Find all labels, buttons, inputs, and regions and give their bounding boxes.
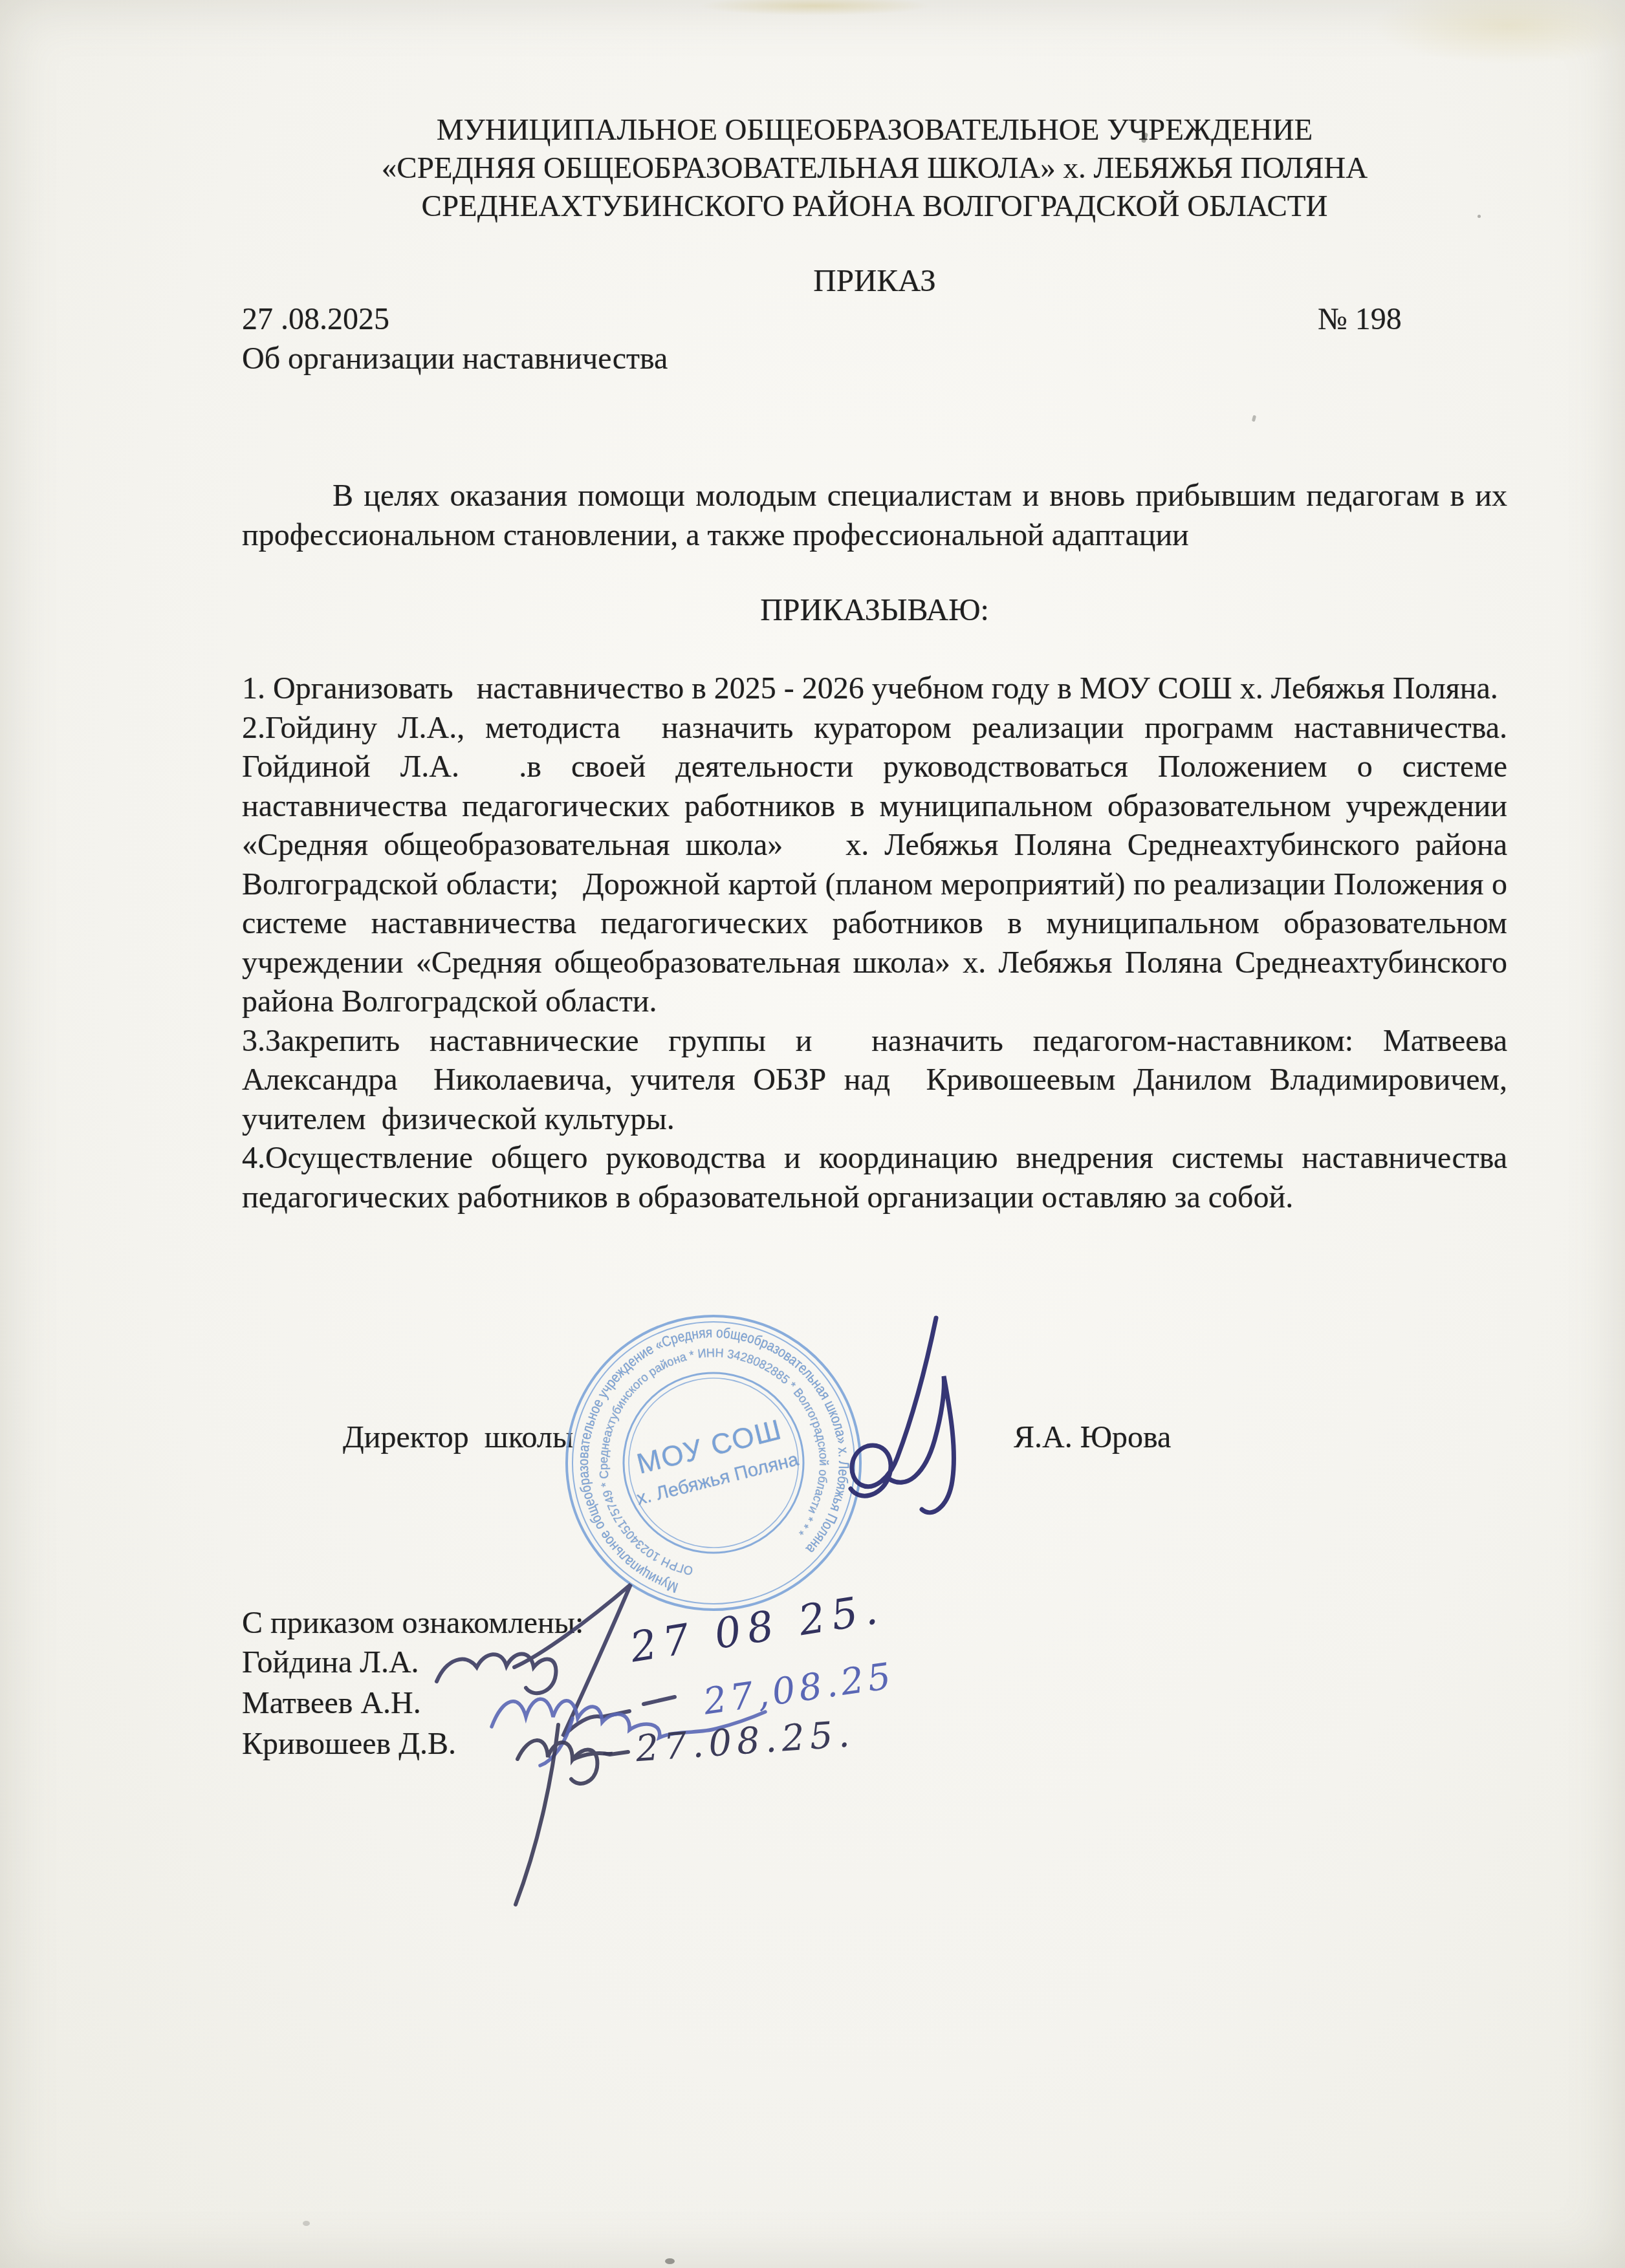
scanned-order-document: МУНИЦИПАЛЬНОЕ ОБЩЕОБРАЗОВАТЕЛЬНОЕ УЧРЕЖД… (0, 0, 1625, 2268)
scan-smudge (699, 0, 932, 16)
ack-name-goidina: Гойдина Л.А. (242, 1645, 419, 1680)
order-word: ПРИКАЗЫВАЮ: (242, 592, 1507, 628)
order-item-2: 2.Гойдину Л.А., методиста назначить кура… (242, 709, 1507, 1022)
preamble-paragraph: В целях оказания помощи молодым специали… (242, 477, 1507, 555)
org-header: МУНИЦИПАЛЬНОЕ ОБЩЕОБРАЗОВАТЕЛЬНОЕ УЧРЕЖД… (242, 111, 1507, 226)
order-item-1: 1. Организовать наставничество в 2025 - … (242, 669, 1507, 709)
scan-speck (1252, 415, 1256, 422)
doc-title: ПРИКАЗ (242, 262, 1507, 299)
director-name: Я.А. Юрова (1014, 1420, 1171, 1455)
org-name-line3: СРЕДНЕАХТУБИНСКОГО РАЙОНА ВОЛГОГРАДСКОЙ … (242, 188, 1507, 226)
doc-subject: Об организации наставничества (242, 341, 668, 376)
scan-speck (303, 2221, 310, 2226)
director-role-label: Директор школы (343, 1420, 573, 1455)
order-items: 1. Организовать наставничество в 2025 - … (242, 669, 1507, 1217)
director-signature-ink (799, 1313, 1006, 1546)
org-name-line1: МУНИЦИПАЛЬНОЕ ОБЩЕОБРАЗОВАТЕЛЬНОЕ УЧРЕЖД… (242, 111, 1507, 149)
scan-speck (665, 2258, 675, 2264)
scan-smudge (1373, 0, 1625, 65)
doc-date: 27 .08.2025 (242, 301, 389, 337)
order-item-4: 4.Осуществление общего руководства и коо… (242, 1139, 1507, 1217)
order-item-3: 3.Закрепить наставнические группы и назн… (242, 1022, 1507, 1139)
ack-name-matveev: Матвеев А.Н. (242, 1685, 421, 1721)
doc-number: № 198 (1318, 301, 1402, 337)
org-name-line2: «СРЕДНЯЯ ОБЩЕОБРАЗОВАТЕЛЬНАЯ ШКОЛА» х. Л… (242, 149, 1507, 188)
